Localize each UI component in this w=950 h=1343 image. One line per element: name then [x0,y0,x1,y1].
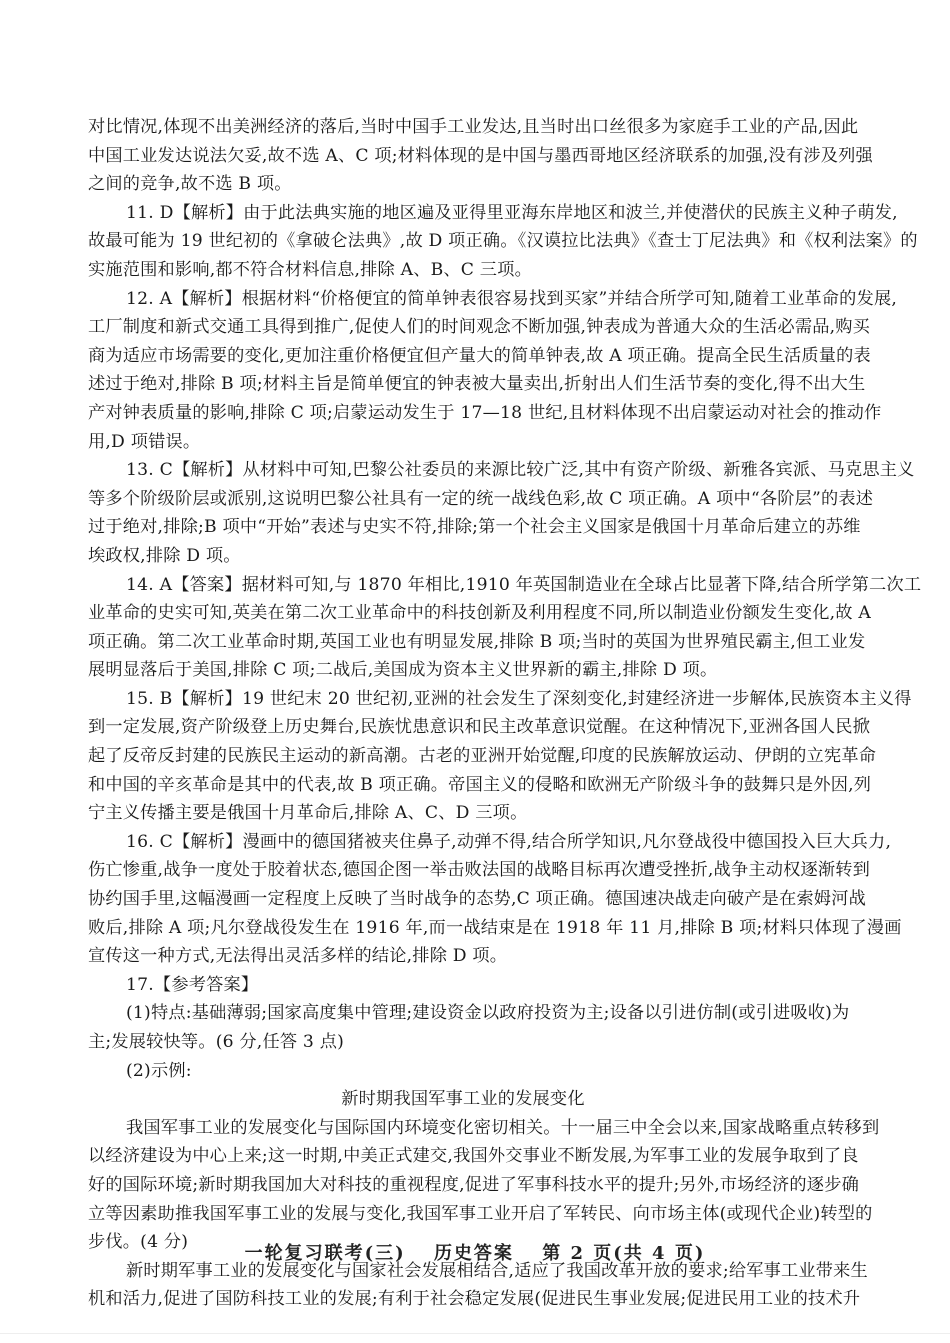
text-line: 宣传这一种方式,无法得出灵活多样的结论,排除 D 项。 [88,942,838,971]
essay-title-text: 新时期我国军事工业的发展变化 [88,1085,838,1114]
text-line: 11. D【解析】由于此法典实施的地区遍及亚得里亚海东岸地区和波兰,并使潜伏的民… [88,199,838,228]
footer-subject: 历史答案 [434,1243,514,1264]
paragraph-q15: 15. B【解析】19 世纪末 20 世纪初,亚洲的社会发生了深刻变化,封建经济… [88,685,838,828]
text-line: 机和活力,促进了国防科技工业的发展;有利于社会稳定发展(促进民生事业发展;促进民… [88,1285,838,1314]
paragraph-essay-1: 我国军事工业的发展变化与国际国内环境变化密切相关。十一届三中全会以来,国家战略重… [88,1114,838,1257]
paragraph-essay-2: 新时期军事工业的发展变化与国家社会发展相结合,适应了我国改革开放的要求;给军事工… [88,1257,838,1314]
page-footer: 一轮复习联考(三) 历史答案 第 2 页(共 4 页) [0,1239,950,1265]
text-line: 协约国手里,这幅漫画一定程度上反映了当时战争的态势,C 项正确。德国速决战走向破… [88,885,838,914]
text-line: 之间的竞争,故不选 B 项。 [88,170,838,199]
footer-page-number: 第 2 页(共 4 页) [542,1243,705,1264]
text-line: 好的国际环境;新时期我国加大对科技的重视程度,促进了军事科技水平的提升;另外,市… [88,1171,838,1200]
paragraph-q17-part2-label: (2)示例: [88,1057,838,1086]
paragraph-q17-header: 17.【参考答案】 [88,971,838,1000]
paragraph-q13: 13. C【解析】从材料中可知,巴黎公社委员的来源比较广泛,其中有资产阶级、新雅… [88,456,838,570]
paragraph-q11: 11. D【解析】由于此法典实施的地区遍及亚得里亚海东岸地区和波兰,并使潜伏的民… [88,199,838,285]
text-line: 16. C【解析】漫画中的德国猪被夹住鼻子,动弹不得,结合所学知识,凡尔登战役中… [88,828,838,857]
text-line: 述过于绝对,排除 B 项;材料主旨是简单便宜的钟表被大量卖出,折射出人们生活节奏… [88,370,838,399]
text-line: 对比情况,体现不出美洲经济的落后,当时中国手工业发达,且当时出口丝很多为家庭手工… [88,113,838,142]
footer-exam-name: 一轮复习联考(三) [245,1243,406,1264]
text-line: 埃政权,排除 D 项。 [88,542,838,571]
text-line: 主;发展较快等。(6 分,任答 3 点) [88,1028,838,1057]
question-heading: 17.【参考答案】 [88,971,838,1000]
text-line: 15. B【解析】19 世纪末 20 世纪初,亚洲的社会发生了深刻变化,封建经济… [88,685,838,714]
text-line: 中国工业发达说法欠妥,故不选 A、C 项;材料体现的是中国与墨西哥地区经济联系的… [88,142,838,171]
text-line: 起了反帝反封建的民族民主运动的新高潮。古老的亚洲开始觉醒,印度的民族解放运动、伊… [88,742,838,771]
document-page: 对比情况,体现不出美洲经济的落后,当时中国手工业发达,且当时出口丝很多为家庭手工… [0,0,950,1343]
text-line: 伤亡惨重,战争一度处于胶着状态,德国企图一举击败法国的战略目标再次遭受挫折,战争… [88,856,838,885]
text-line: (1)特点:基础薄弱;国家高度集中管理;建设资金以政府投资为主;设备以引进仿制(… [88,999,838,1028]
text-line: 过于绝对,排除;B 项中“开始”表述与史实不符,排除;第一个社会主义国家是俄国十… [88,513,838,542]
text-line: 工厂制度和新式交通工具得到推广,促使人们的时间观念不断加强,钟表成为普通大众的生… [88,313,838,342]
paragraph-q16: 16. C【解析】漫画中的德国猪被夹住鼻子,动弹不得,结合所学知识,凡尔登战役中… [88,828,838,971]
paragraph-q17-part1: (1)特点:基础薄弱;国家高度集中管理;建设资金以政府投资为主;设备以引进仿制(… [88,999,838,1056]
text-line: 项正确。第二次工业革命时期,英国工业也有明显发展,排除 B 项;当时的英国为世界… [88,628,838,657]
text-line: 展明显落后于美国,排除 C 项;二战后,美国成为资本主义世界新的霸主,排除 D … [88,656,838,685]
page-bottom-divider [0,1333,950,1334]
text-line: 以经济建设为中心上来;这一时期,中美正式建交,我国外交事业不断发展,为军事工业的… [88,1142,838,1171]
text-line: 我国军事工业的发展变化与国际国内环境变化密切相关。十一届三中全会以来,国家战略重… [88,1114,838,1143]
essay-title: 新时期我国军事工业的发展变化 [88,1085,838,1114]
text-line: 业革命的史实可知,英美在第二次工业革命中的科技创新及利用程度不同,所以制造业份额… [88,599,838,628]
text-line: 产对钟表质量的影响,排除 C 项;启蒙运动发生于 17—18 世纪,且材料体现不… [88,399,838,428]
text-line: 14. A【答案】据材料可知,与 1870 年相比,1910 年英国制造业在全球… [88,571,838,600]
text-line: 败后,排除 A 项;凡尔登战役发生在 1916 年,而一战结束是在 1918 年… [88,914,838,943]
text-line: 宁主义传播主要是俄国十月革命后,排除 A、C、D 三项。 [88,799,838,828]
paragraph-q10-continued: 对比情况,体现不出美洲经济的落后,当时中国手工业发达,且当时出口丝很多为家庭手工… [88,113,838,199]
text-line: 等多个阶级阶层或派别,这说明巴黎公社具有一定的统一战线色彩,故 C 项正确。A … [88,485,838,514]
text-line: (2)示例: [88,1057,838,1086]
text-line: 13. C【解析】从材料中可知,巴黎公社委员的来源比较广泛,其中有资产阶级、新雅… [88,456,838,485]
paragraph-q12: 12. A【解析】根据材料“价格便宜的简单钟表很容易找到买家”并结合所学可知,随… [88,285,838,457]
text-line: 故最可能为 19 世纪初的《拿破仑法典》,故 D 项正确。《汉谟拉比法典》《查士… [88,227,838,256]
text-line: 实施范围和影响,都不符合材料信息,排除 A、B、C 三项。 [88,256,838,285]
document-body: 对比情况,体现不出美洲经济的落后,当时中国手工业发达,且当时出口丝很多为家庭手工… [88,113,838,1314]
paragraph-q14: 14. A【答案】据材料可知,与 1870 年相比,1910 年英国制造业在全球… [88,571,838,685]
text-line: 立等因素助推我国军事工业的发展与变化,我国军事工业开启了军转民、向市场主体(或现… [88,1200,838,1229]
text-line: 12. A【解析】根据材料“价格便宜的简单钟表很容易找到买家”并结合所学可知,随… [88,285,838,314]
text-line: 商为适应市场需要的变化,更加注重价格便宜但产量大的简单钟表,故 A 项正确。提高… [88,342,838,371]
text-line: 到一定发展,资产阶级登上历史舞台,民族忧患意识和民主改革意识觉醒。在这种情况下,… [88,713,838,742]
text-line: 和中国的辛亥革命是其中的代表,故 B 项正确。帝国主义的侵略和欧洲无产阶级斗争的… [88,771,838,800]
text-line: 用,D 项错误。 [88,428,838,457]
